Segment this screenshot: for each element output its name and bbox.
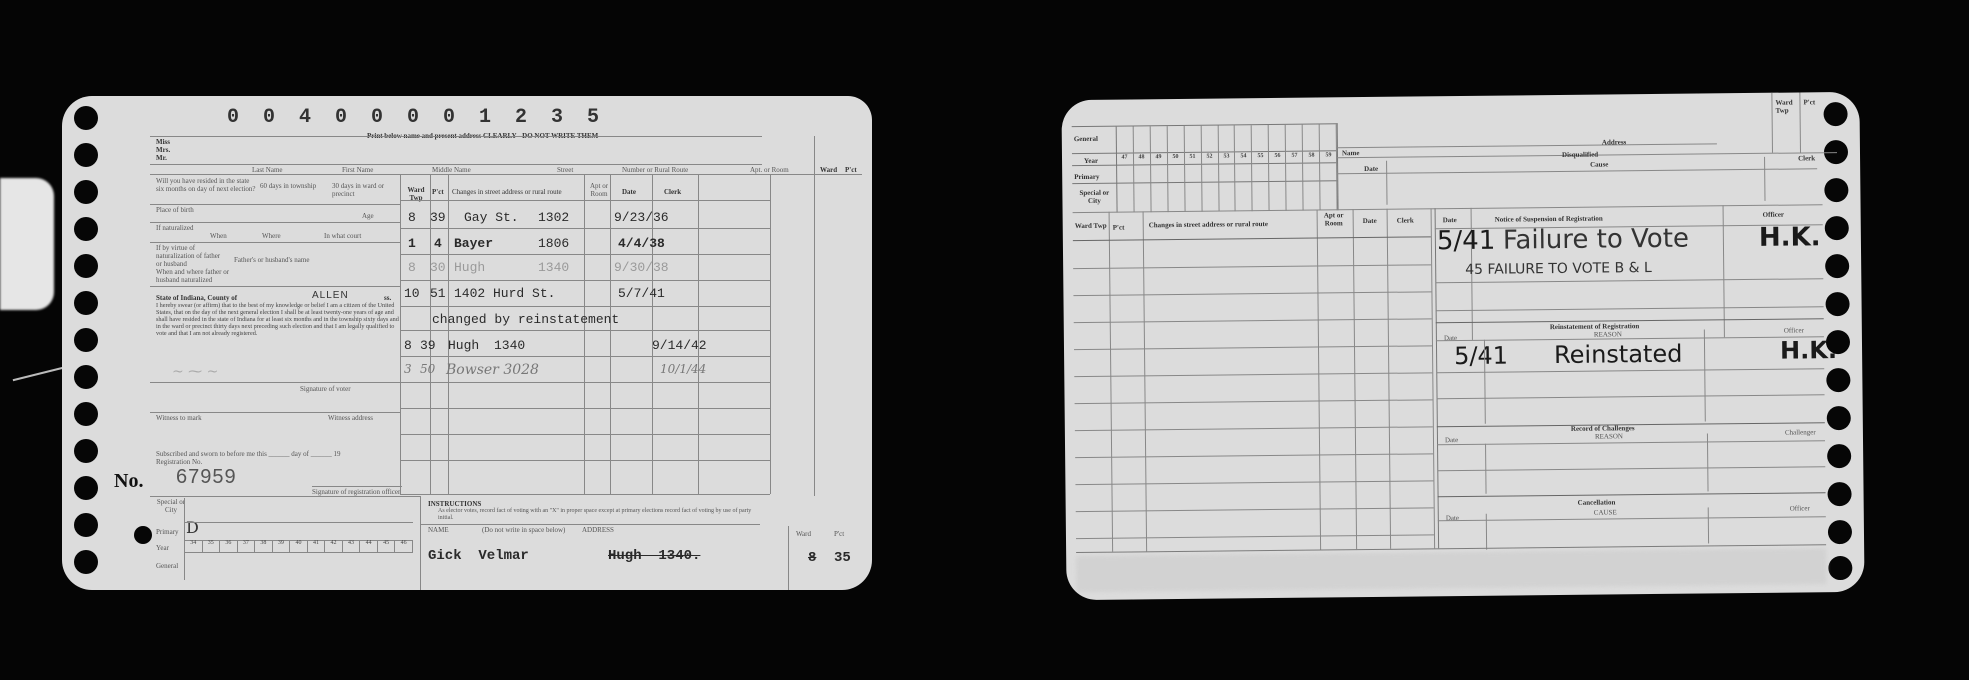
row-line (400, 434, 770, 435)
punch-hole (1828, 520, 1852, 544)
when-label: When (210, 232, 227, 240)
row-ward: 1 (408, 236, 416, 251)
col-apt: Apt or Room (1317, 211, 1351, 227)
witness-address-label: Witness address (328, 414, 373, 422)
row-date: 5/7/41 (618, 286, 665, 301)
punch-hole (1828, 556, 1852, 580)
row-pct: 30 (430, 260, 446, 275)
punch-hole (1825, 292, 1849, 316)
signature-label: Signature of voter (300, 385, 351, 393)
challenges-col-date: Date (1445, 436, 1458, 444)
divider (312, 486, 402, 487)
table-border (448, 174, 449, 494)
col-changes: Changes in street address or rural route (452, 188, 582, 196)
row-line (400, 494, 770, 495)
row-number: 1806 (538, 236, 569, 251)
voter-registration-card-front: 0 0 4 0 0 0 0 1 2 3 5 Print below name a… (62, 96, 872, 590)
row-line (400, 330, 770, 331)
row-line (400, 280, 770, 281)
table-border (1387, 209, 1392, 549)
divider (150, 164, 762, 165)
punch-hole (74, 513, 98, 537)
cancellation-col-cause: CAUSE (1594, 508, 1617, 516)
punch-hole (74, 106, 98, 130)
registration-no-label: Registration No. (156, 458, 202, 466)
row-date: 9/30/38 (614, 260, 669, 275)
row-line (1075, 426, 1433, 431)
row-line (1075, 399, 1433, 404)
row-line (1075, 480, 1433, 485)
footer-address-label: ADDRESS (582, 526, 614, 534)
punch-hole (1826, 368, 1850, 392)
voting-grid-back: General Year Primary Special or City 47 … (1072, 123, 1339, 213)
footer-ward-label: Ward (796, 530, 811, 538)
number-prefix: No. (114, 470, 143, 493)
age-label: Age (362, 212, 374, 220)
oath-ss: ss. (384, 294, 391, 302)
witness-mark-label: Witness to mark (156, 414, 202, 422)
punch-hole (74, 402, 98, 426)
col-ward: Ward Twp (1075, 222, 1107, 230)
row-number: 1340 (538, 260, 569, 275)
grid-year-row: 34 35 36 37 38 39 40 41 42 43 44 45 46 (185, 540, 413, 552)
punch-hole (1827, 482, 1851, 506)
grid-label-general: General (156, 562, 178, 570)
suspension-title: Notice of Suspension of Registration (1495, 215, 1603, 224)
card-bottom-margin (1076, 548, 1826, 592)
officer-signature-label: Signature of registration officer (312, 488, 400, 496)
row-line (400, 200, 770, 201)
grid-label-primary: Primary (156, 528, 179, 536)
row-line (1438, 516, 1826, 521)
row-line (1437, 466, 1825, 471)
row-street: Bowser 3028 (446, 362, 539, 378)
table-border (1353, 209, 1358, 549)
row-ward: 8 (408, 260, 416, 275)
background-blur-object (0, 178, 54, 310)
apt-label: Apt. or Room (750, 166, 789, 174)
reinstatement-date: 5/41 (1454, 342, 1508, 371)
cause-label: Cause (1590, 160, 1608, 168)
row-ward: 10 (404, 286, 420, 301)
punch-hole (1825, 254, 1849, 278)
cancellation-col-officer: Officer (1790, 504, 1810, 512)
row-line (1074, 372, 1432, 377)
row-ward: 8 (408, 210, 416, 225)
row-line (400, 228, 770, 229)
footer-address: Hugh 1340. (608, 548, 700, 564)
row-pct: 39 (420, 338, 436, 353)
row-pct: 51 (430, 286, 446, 301)
footer-voter-name: Gick Velmar (428, 548, 529, 564)
court-label: In what court (324, 232, 361, 240)
ward-twp-label: Ward Twp (1775, 98, 1797, 114)
divider (150, 382, 400, 383)
footer-ward: 8 (808, 550, 816, 566)
row-line (1074, 345, 1432, 350)
divider (788, 526, 789, 590)
first-name-label: First Name (342, 166, 373, 174)
row-pct: 4 (434, 236, 442, 251)
row-pct: 39 (430, 210, 446, 225)
father-when-label: When and where father or husband natural… (156, 268, 246, 284)
sworn-label: Subscribed and sworn to before me this _… (156, 450, 341, 458)
father-name-label: Father's or husband's name (234, 256, 309, 264)
row-line (400, 254, 770, 255)
punch-hole (74, 365, 98, 389)
row-line (1073, 264, 1431, 269)
col-clerk: Clerk (664, 188, 681, 196)
suspension-reason: Failure to Vote (1503, 224, 1689, 256)
col-pct: P'ct (432, 188, 444, 196)
row-ward: 3 (404, 362, 412, 376)
divider (150, 222, 400, 223)
table-border (400, 174, 401, 494)
divider (150, 286, 400, 287)
divider (150, 242, 400, 243)
row-date: 9/14/42 (652, 338, 707, 353)
punch-hole (1825, 216, 1849, 240)
name-prefix-list: Miss Mrs. Mr. (156, 138, 170, 162)
col-changes: Changes in street address or rural route (1149, 220, 1319, 230)
table-border (610, 174, 611, 494)
row-line (1436, 306, 1824, 311)
grid-columns (1116, 124, 1338, 212)
row-number: 1302 (538, 210, 569, 225)
divider (150, 204, 400, 205)
footer-do-not-write: (Do not write in space below) (482, 526, 565, 534)
name-label: Name (1342, 149, 1360, 157)
row-line (400, 356, 770, 357)
grid-label-special: Special or City (156, 498, 186, 514)
disqualified-label: Disqualified (1562, 151, 1598, 159)
row-line (1075, 453, 1433, 458)
punch-hole (74, 217, 98, 241)
punch-hole (74, 180, 98, 204)
row-line (1073, 236, 1431, 241)
row-street: Hugh (454, 260, 485, 275)
section-line (1438, 492, 1826, 497)
last-name-label: Last Name (252, 166, 283, 174)
challenges-col-reason: REASON (1595, 432, 1623, 440)
reinstatement-officer: H.K. (1780, 336, 1837, 365)
row-line (1076, 507, 1434, 512)
row-street: Gay St. (464, 210, 519, 225)
row-street: 1402 Hurd St. (454, 286, 555, 301)
row-line (400, 306, 770, 307)
punch-hole (1824, 178, 1848, 202)
row-line (400, 408, 770, 409)
instructions-title: INSTRUCTIONS (428, 500, 481, 508)
punch-hole (74, 439, 98, 463)
punch-hole (74, 254, 98, 278)
grid-label-general: General (1074, 135, 1098, 143)
suspension-col-officer: Officer (1763, 211, 1784, 219)
row-line (1437, 440, 1825, 445)
date-label: Date (1364, 165, 1378, 173)
cancellation-title: Cancellation (1578, 498, 1616, 506)
row-line (400, 460, 770, 461)
grid-label-year: Year (1084, 157, 1098, 165)
serial-number: 0 0 4 0 0 0 0 1 2 3 5 (227, 106, 605, 129)
oath-state-label: State of Indiana, County of (156, 294, 237, 302)
row-line (1076, 534, 1434, 539)
table-border (814, 136, 815, 496)
challenges-col-challenger: Challenger (1785, 428, 1816, 436)
divider (1799, 92, 1801, 152)
pct-label: P'ct (845, 166, 857, 174)
footer-pct: 35 (834, 550, 851, 566)
table-border (1704, 329, 1706, 421)
divider (420, 524, 760, 525)
suspension-date: 5/41 (1437, 226, 1496, 257)
naturalized-label: If naturalized (156, 224, 196, 232)
punch-hole (74, 291, 98, 315)
row-date: 9/23/36 (614, 210, 669, 225)
voter-signature-faded: ~ ⁓ ~ (172, 364, 218, 380)
row-line (1435, 278, 1823, 283)
punch-hole (1827, 406, 1851, 430)
row-note: changed by reinstatement (432, 312, 619, 327)
divider (150, 174, 862, 175)
pct-label: P'ct (1803, 98, 1815, 106)
row-street: Bayer (454, 236, 493, 251)
divider (420, 496, 421, 590)
voter-registration-card-back: General Year Primary Special or City 47 … (1061, 92, 1864, 600)
punch-hole-small (134, 526, 152, 544)
row-pct: 50 (420, 362, 435, 376)
table-border (698, 174, 699, 494)
voting-grid-front: 34 35 36 37 38 39 40 41 42 43 44 45 46 (184, 498, 413, 580)
col-date: Date (622, 188, 636, 196)
grid-label-special: Special or City (1074, 189, 1114, 205)
col-clerk: Clerk (1397, 217, 1414, 225)
address-label: Address (1602, 138, 1626, 146)
col-pct: P'ct (1113, 224, 1125, 232)
clerk-label: Clerk (1798, 154, 1815, 162)
punch-hole (1823, 102, 1847, 126)
row-line (1437, 394, 1825, 399)
virtue-label: If by virtue of naturalization of father… (156, 244, 226, 268)
punch-hole (74, 328, 98, 352)
footer-name-label: NAME (428, 526, 449, 534)
table-border (1708, 507, 1709, 543)
reinstatement-reason: Reinstated (1554, 340, 1683, 369)
table-border (1143, 211, 1148, 551)
punch-hole (74, 476, 98, 500)
divider (1771, 93, 1773, 153)
row-date: 4/4/38 (618, 236, 665, 251)
grid-label-primary: Primary (1074, 173, 1099, 181)
table-border (1109, 212, 1114, 552)
col-apt: Apt or Room (588, 182, 610, 198)
row-ward: 8 (404, 338, 412, 353)
grid-label-year: Year (156, 544, 169, 552)
divider (150, 412, 400, 413)
divider (150, 136, 762, 137)
residence-ward: 30 days in ward or precinct (332, 182, 402, 198)
footer-pct-label: P'ct (834, 530, 844, 538)
punch-hole (74, 143, 98, 167)
suspension-stamp: 45 FAILURE TO VOTE B & L (1465, 260, 1652, 278)
divider (1386, 161, 1387, 205)
instructions-text: As elector votes, record fact of voting … (438, 508, 758, 522)
punch-hole (74, 550, 98, 574)
row-date: 10/1/44 (660, 362, 706, 376)
suspension-officer: H.K. (1759, 222, 1821, 253)
divider (150, 496, 420, 497)
divider (1337, 168, 1817, 174)
row-street: Hugh (448, 338, 479, 353)
divider (1337, 143, 1717, 148)
residence-township: 60 days in township (260, 182, 320, 190)
table-border (770, 174, 771, 494)
table-border (1317, 210, 1322, 550)
oath-county: ALLEN (312, 290, 349, 301)
ward-label: Ward (820, 166, 837, 174)
oath-text: I hereby swear (or affirm) that to the b… (156, 302, 400, 337)
row-line (400, 382, 770, 383)
where-label: Where (262, 232, 281, 240)
row-line (1074, 318, 1432, 323)
middle-name-label: Middle Name (432, 166, 471, 174)
street-label: Street (557, 166, 573, 174)
residence-question: Will you have resided in the state six m… (156, 177, 256, 193)
row-number: 1340 (494, 338, 525, 353)
col-date: Date (1363, 217, 1377, 225)
reinstatement-col-officer: Officer (1784, 326, 1804, 334)
punch-hole (1827, 444, 1851, 468)
registration-number: 67959 (176, 466, 237, 489)
divider (1764, 157, 1765, 201)
table-border (584, 174, 585, 494)
birth-label: Place of birth (156, 206, 196, 214)
suspension-col-date: Date (1443, 216, 1457, 224)
row-line (1073, 291, 1431, 296)
number-label: Number or Rural Route (622, 166, 688, 174)
